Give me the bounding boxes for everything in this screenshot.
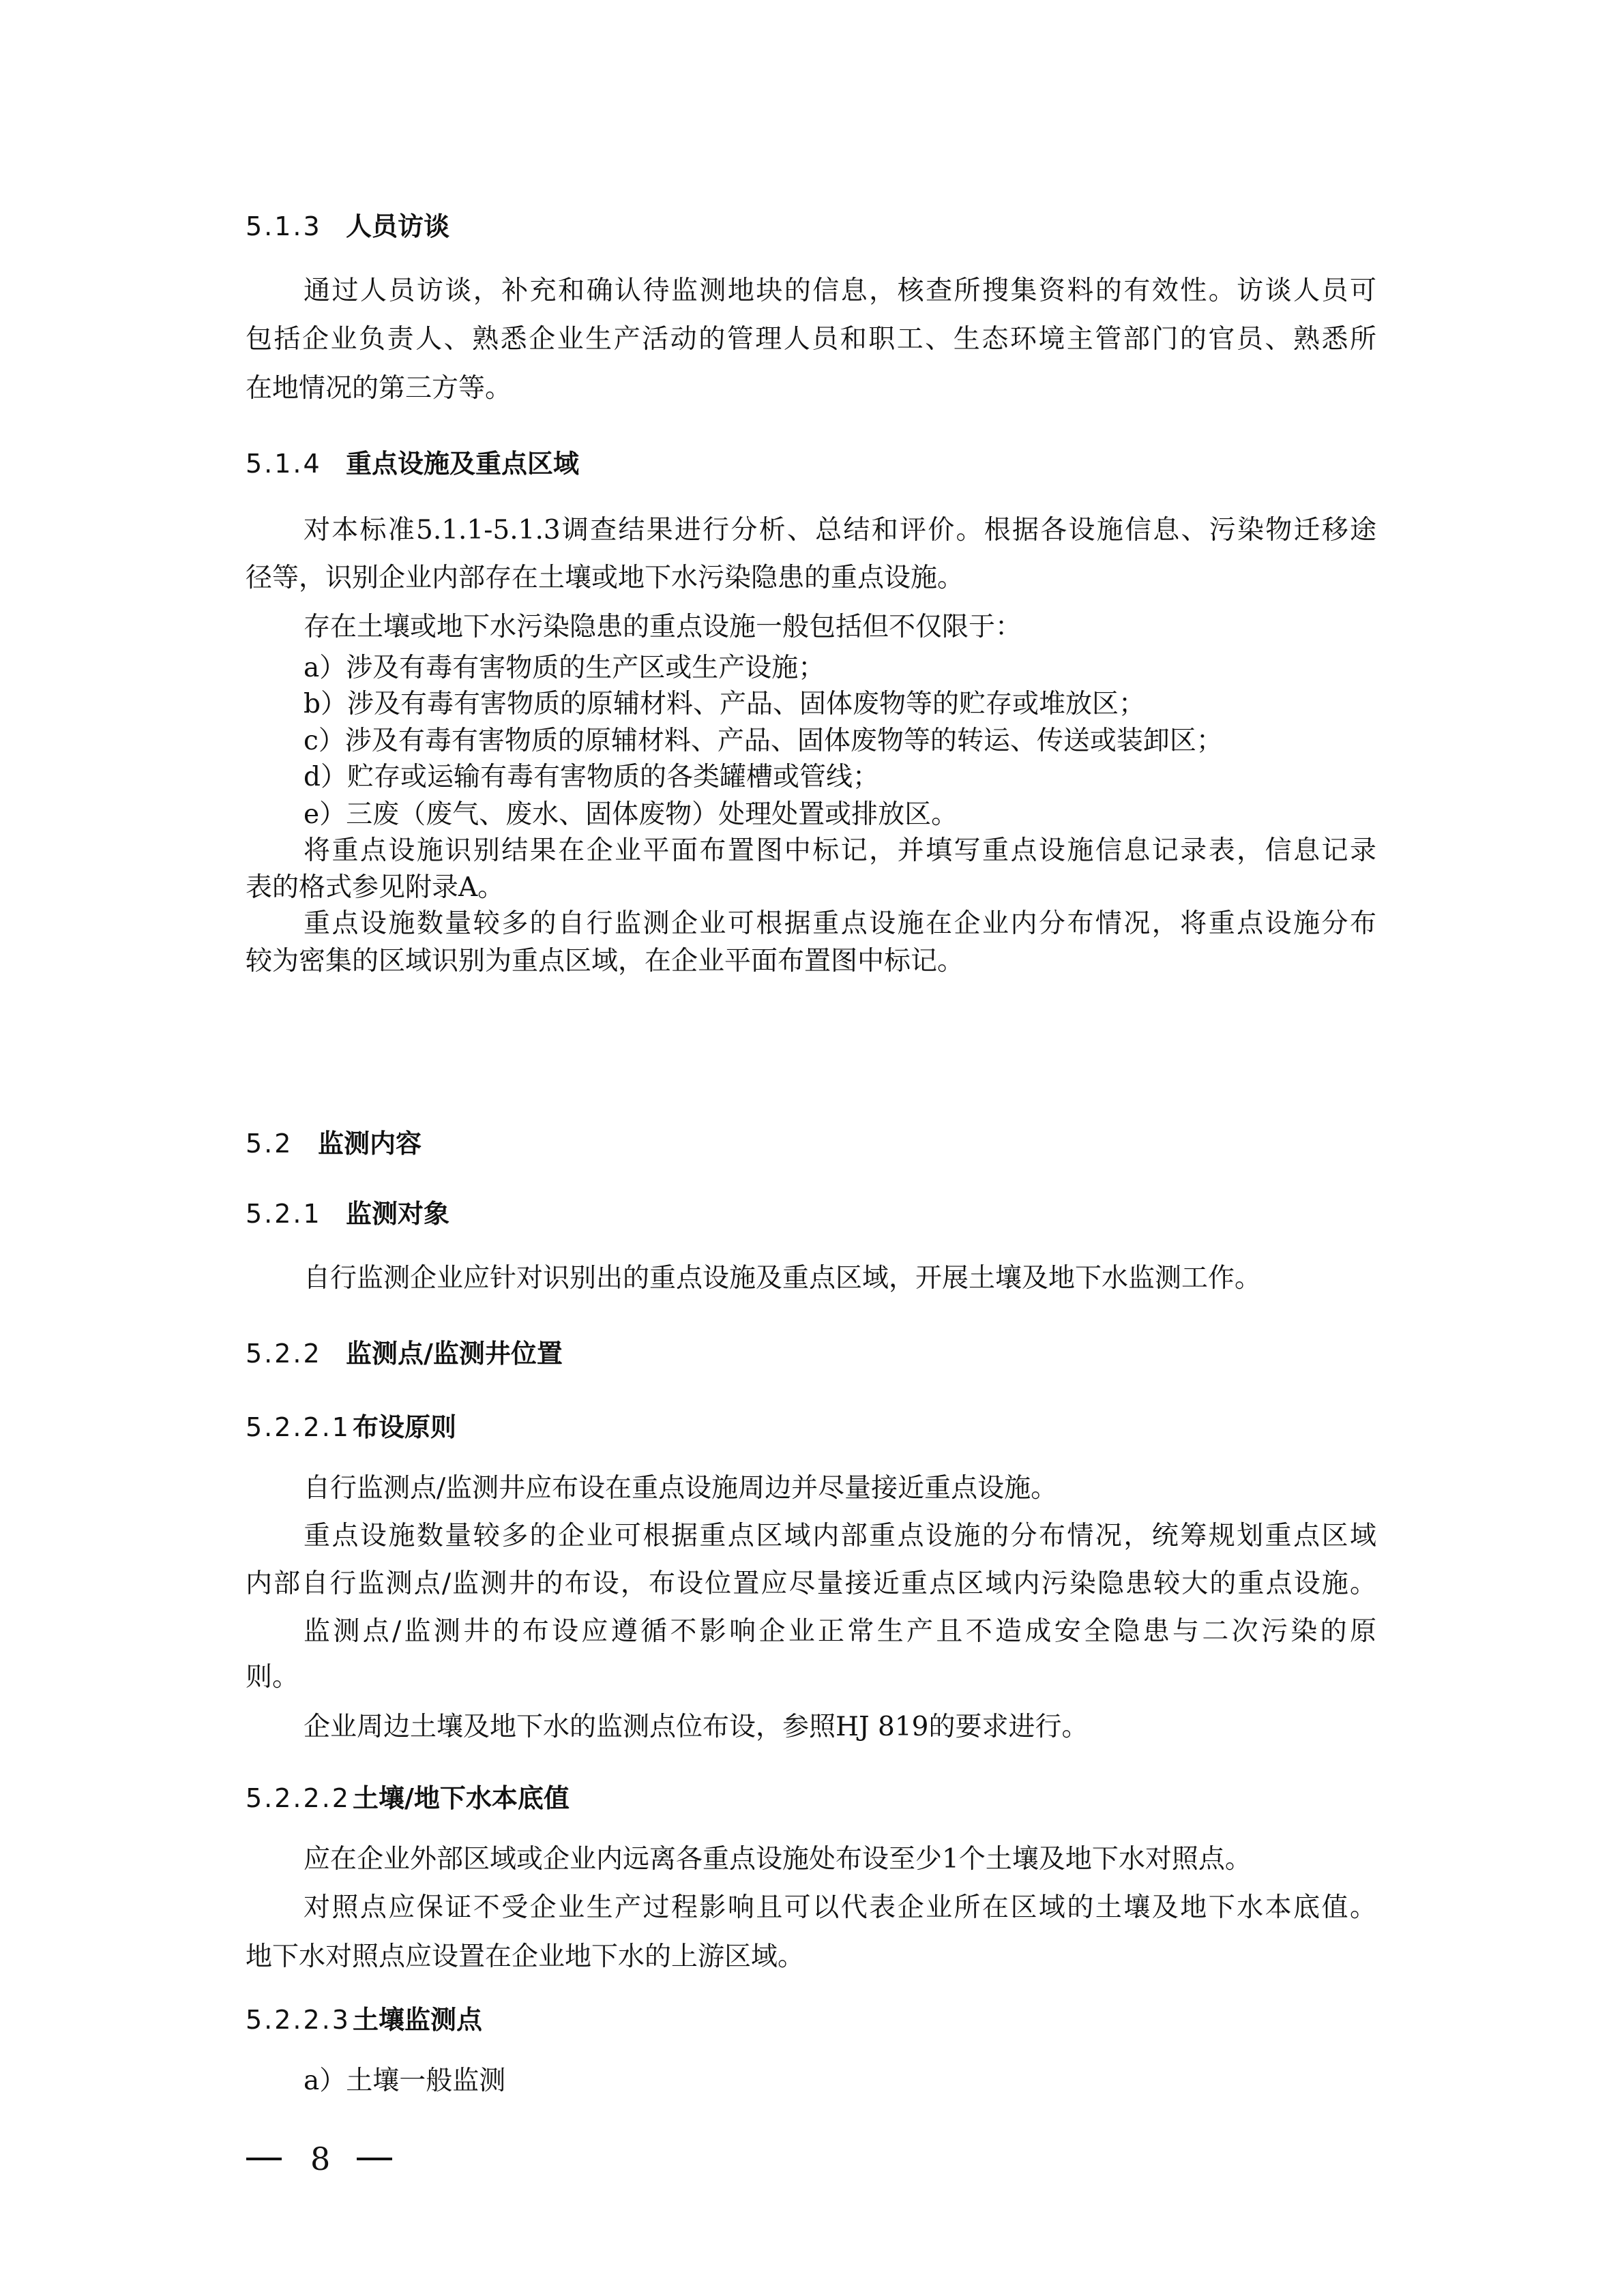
- section-heading: 5.1.3人员访谈: [246, 206, 449, 247]
- section-number: 5.2.2.3: [246, 1999, 353, 2040]
- section-heading: 5.1.4重点设施及重点区域: [246, 443, 579, 484]
- section-title: 监测点/监测井位置: [346, 1339, 563, 1369]
- paragraph-line: 监测点/监测井的布设应遵循不影响企业正常生产且不造成安全隐患与二次污染的原: [304, 1611, 1376, 1652]
- page-number: 8: [310, 2141, 330, 2177]
- section-title: 监测内容: [318, 1129, 422, 1159]
- section-title: 监测对象: [346, 1199, 449, 1229]
- paragraph-line: 重点设施数量较多的自行监测企业可根据重点设施在企业内分布情况，将重点设施分布: [304, 904, 1376, 944]
- paragraph-line: 表的格式参见附录A。: [246, 867, 1376, 908]
- paragraph-line: 地下水对照点应设置在企业地下水的上游区域。: [246, 1937, 1376, 1978]
- paragraph-line: 较为密集的区域识别为重点区域，在企业平面布置图中标记。: [246, 941, 1376, 982]
- paragraph-line: c）涉及有毒有害物质的原辅材料、产品、固体废物等的转运、传送或装卸区；: [304, 721, 1376, 762]
- section-title: 土壤/地下水本底值: [353, 1783, 570, 1813]
- section-title: 人员访谈: [346, 211, 449, 241]
- paragraph-line: 企业周边土壤及地下水的监测点位布设，参照HJ 819的要求进行。: [304, 1707, 1376, 1748]
- section-heading: 5.2.2监测点/监测井位置: [246, 1333, 563, 1374]
- paragraph-line: 将重点设施识别结果在企业平面布置图中标记，并填写重点设施信息记录表，信息记录: [304, 831, 1376, 871]
- paragraph-line: 存在土壤或地下水污染隐患的重点设施一般包括但不仅限于：: [304, 607, 1376, 648]
- section-heading: 5.2监测内容: [246, 1123, 422, 1164]
- section-heading: 5.2.2.2土壤/地下水本底值: [246, 1778, 570, 1819]
- paragraph-line: a）涉及有毒有害物质的生产区或生产设施；: [304, 648, 1376, 689]
- page-number-footer: 8: [246, 2141, 396, 2177]
- paragraph-line: 应在企业外部区域或企业内远离各重点设施处布设至少1个土壤及地下水对照点。: [304, 1839, 1376, 1880]
- section-number: 5.1.4: [246, 443, 346, 484]
- paragraph-line: 包括企业负责人、熟悉企业生产活动的管理人员和职工、生态环境主管部门的官员、熟悉所: [246, 319, 1376, 360]
- section-title: 土壤监测点: [353, 2005, 482, 2035]
- paragraph-line: 内部自行监测点/监测井的布设，布设位置应尽量接近重点区域内污染隐患较大的重点设施…: [246, 1564, 1376, 1605]
- page-number-dash-left: [246, 2158, 282, 2160]
- section-number: 5.1.3: [246, 206, 346, 247]
- paragraph-line: a）土壤一般监测: [304, 2061, 1376, 2102]
- section-title: 重点设施及重点区域: [346, 449, 579, 479]
- paragraph-line: b）涉及有毒有害物质的原辅材料、产品、固体废物等的贮存或堆放区；: [304, 684, 1376, 725]
- paragraph-line: e）三废（废气、废水、固体废物）处理处置或排放区。: [304, 794, 1376, 835]
- section-heading: 5.2.1监测对象: [246, 1193, 449, 1234]
- paragraph-line: 对照点应保证不受企业生产过程影响且可以代表企业所在区域的土壤及地下水本底值。: [304, 1888, 1376, 1928]
- paragraph-line: 则。: [246, 1657, 1376, 1698]
- paragraph-line: 通过人员访谈，补充和确认待监测地块的信息，核查所搜集资料的有效性。访谈人员可: [304, 271, 1376, 312]
- paragraph-line: 对本标准5.1.1-5.1.3调查结果进行分析、总结和评价。根据各设施信息、污染…: [304, 510, 1376, 551]
- section-number: 5.2.1: [246, 1193, 346, 1234]
- section-number: 5.2: [246, 1123, 318, 1164]
- paragraph-line: 重点设施数量较多的企业可根据重点区域内部重点设施的分布情况，统筹规划重点区域: [304, 1516, 1376, 1557]
- section-number: 5.2.2.1: [246, 1407, 353, 1448]
- paragraph-line: 径等，识别企业内部存在土壤或地下水污染隐患的重点设施。: [246, 558, 1376, 599]
- page-number-dash-right: [357, 2158, 392, 2160]
- paragraph-line: 自行监测企业应针对识别出的重点设施及重点区域，开展土壤及地下水监测工作。: [304, 1258, 1376, 1299]
- paragraph-line: 在地情况的第三方等。: [246, 368, 1376, 409]
- document-page: 5.1.3人员访谈通过人员访谈，补充和确认待监测地块的信息，核查所搜集资料的有效…: [0, 0, 1624, 2296]
- paragraph-line: d）贮存或运输有毒有害物质的各类罐槽或管线；: [304, 757, 1376, 798]
- section-title: 布设原则: [353, 1412, 456, 1442]
- section-heading: 5.2.2.3土壤监测点: [246, 1999, 482, 2040]
- section-number: 5.2.2.2: [246, 1778, 353, 1819]
- paragraph-line: 自行监测点/监测井应布设在重点设施周边并尽量接近重点设施。: [304, 1468, 1376, 1509]
- section-heading: 5.2.2.1布设原则: [246, 1407, 456, 1448]
- section-number: 5.2.2: [246, 1333, 346, 1374]
